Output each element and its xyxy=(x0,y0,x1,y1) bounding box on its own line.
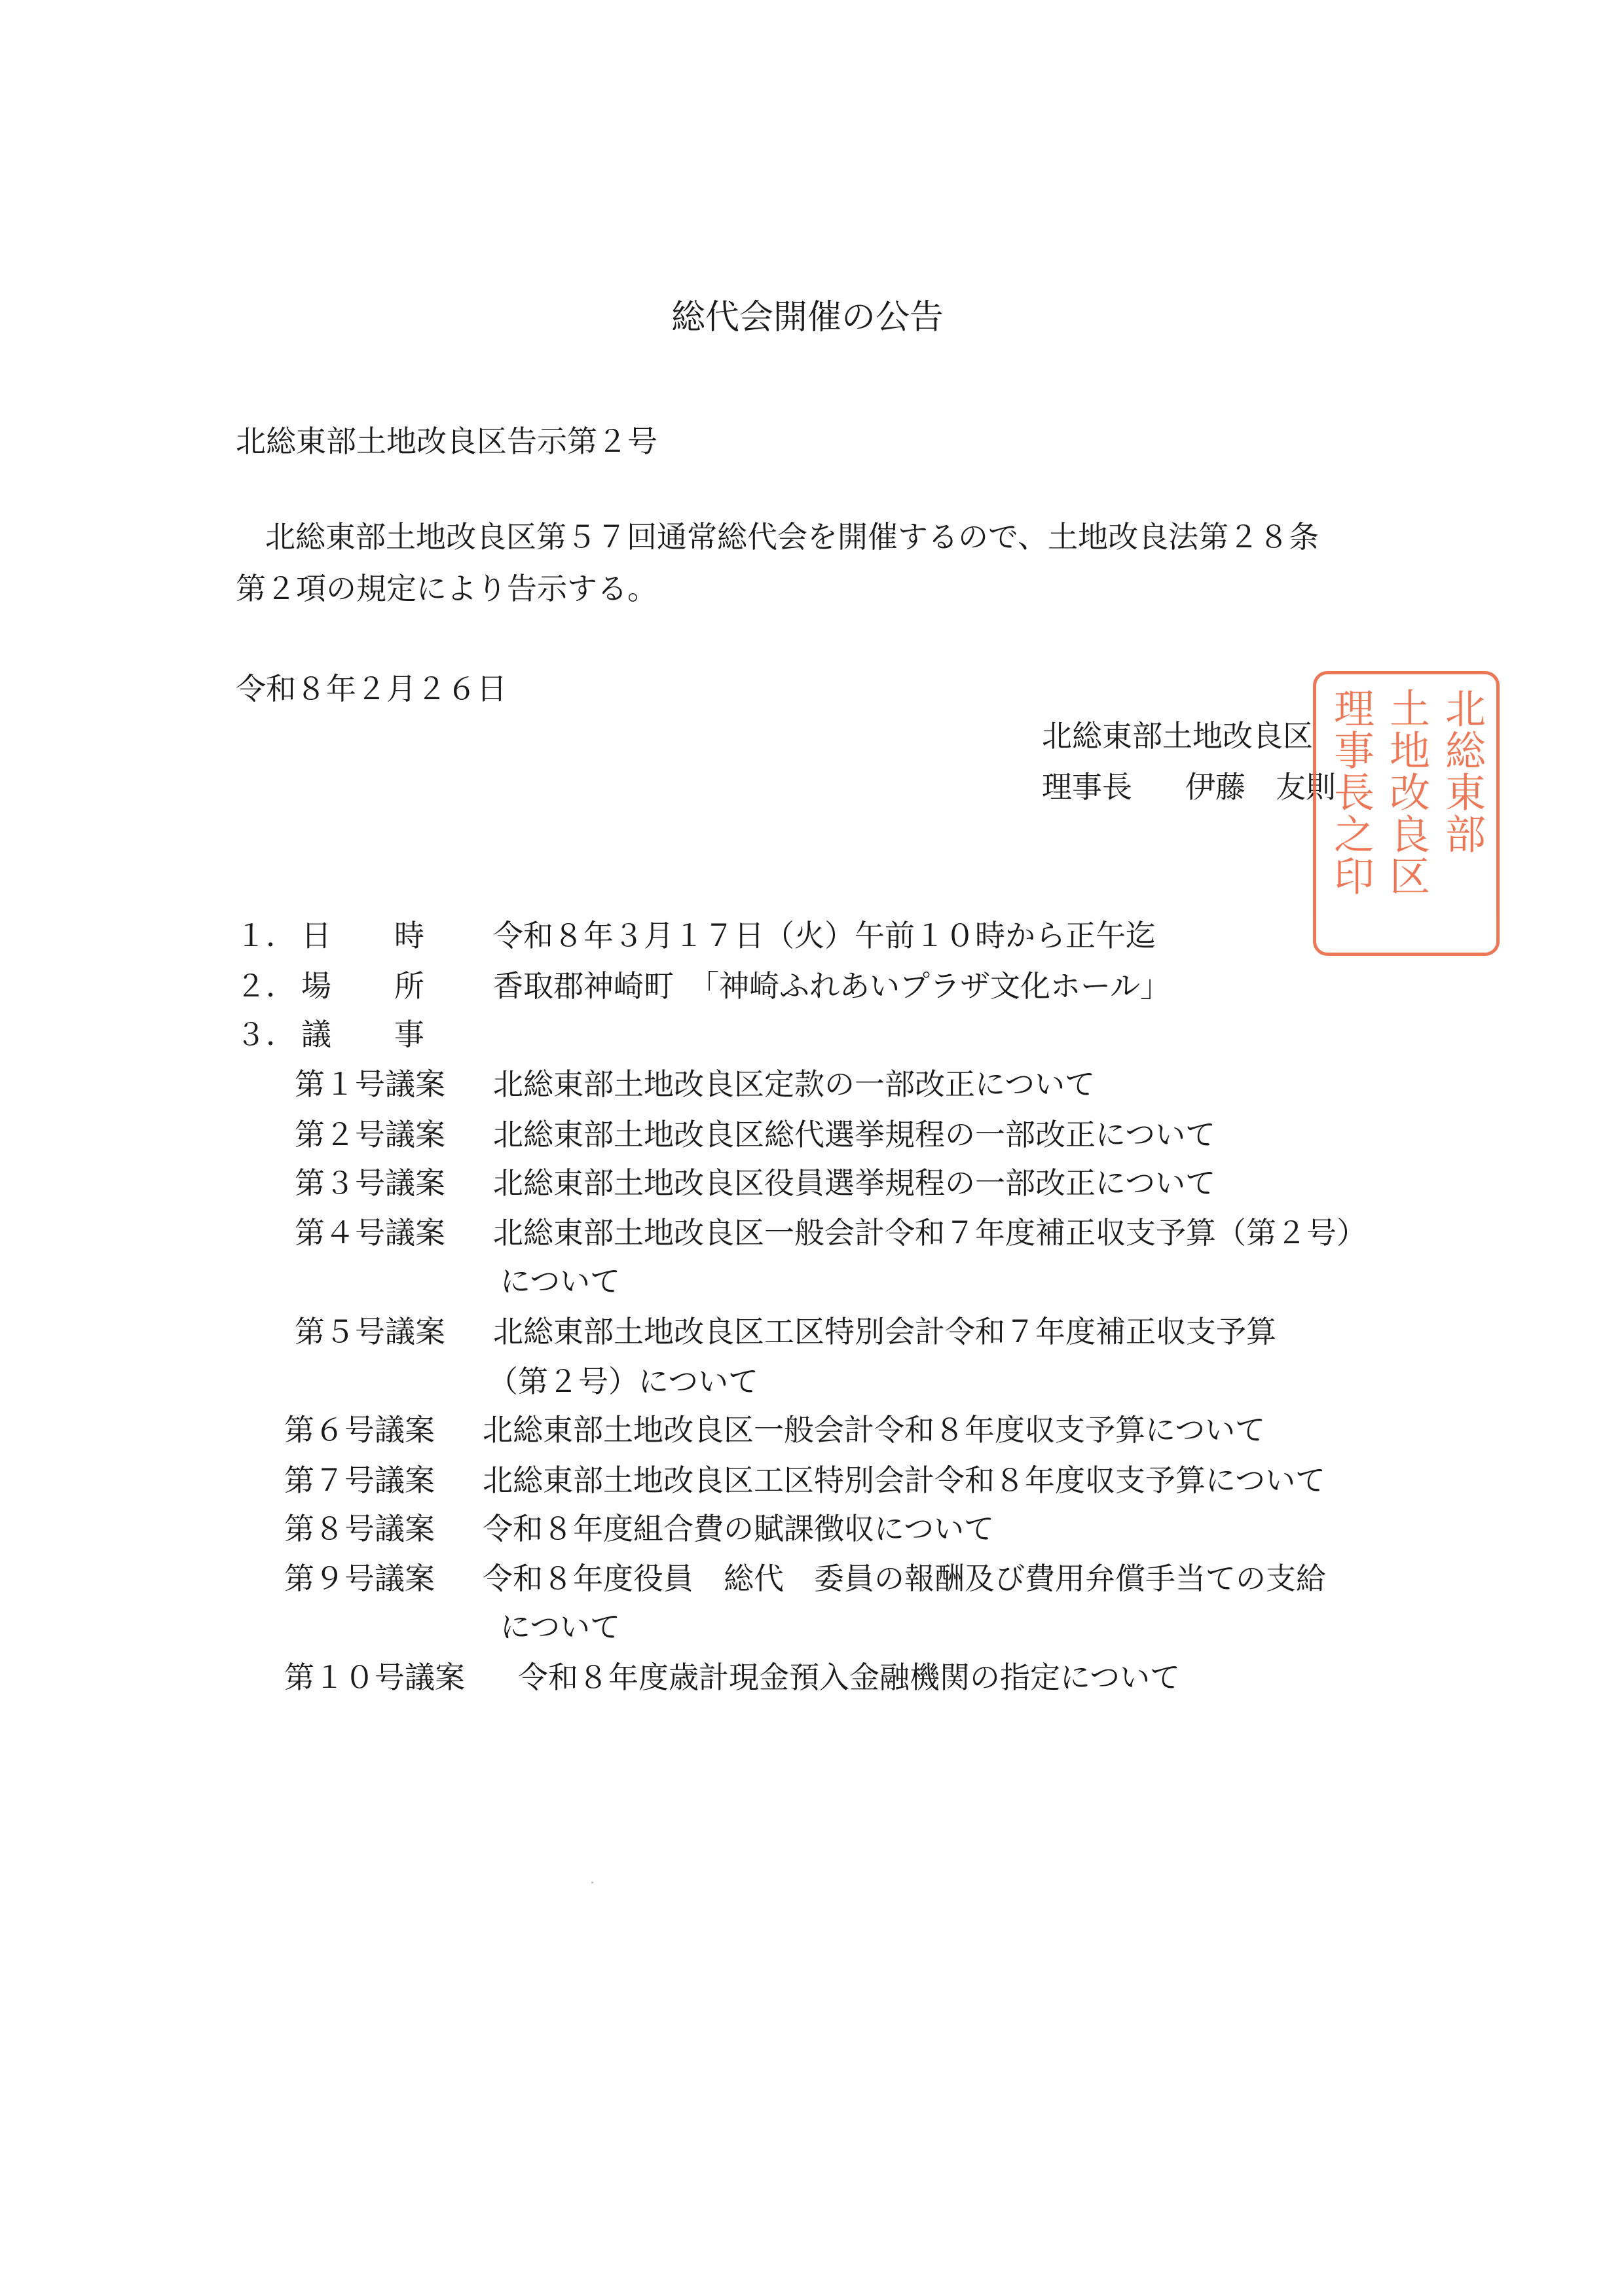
agenda-number: 第８号議案 xyxy=(284,1509,435,1548)
agenda-text: 北総東部土地改良区一般会計令和７年度補正収支予算（第２号） xyxy=(493,1213,1367,1252)
agenda-text: 令和８年度歳計現金預入金融機関の指定について xyxy=(518,1658,1180,1697)
agenda-continuation: について xyxy=(500,1262,620,1301)
item-label: 場 xyxy=(301,966,331,1006)
item-number: １． xyxy=(236,916,296,955)
agenda-text: 令和８年度役員 総代 委員の報酬及び費用弁償手当ての支給 xyxy=(483,1559,1326,1598)
agenda-number: 第６号議案 xyxy=(284,1410,435,1449)
agenda-text: 北総東部土地改良区工区特別会計令和７年度補正収支予算 xyxy=(493,1312,1276,1351)
agenda-number: 第７号議案 xyxy=(284,1461,435,1500)
agenda-number: 第５号議案 xyxy=(295,1312,445,1351)
body-line-2: 第２項の規定により告示する。 xyxy=(236,569,657,608)
agenda-text: 北総東部土地改良区役員選挙規程の一部改正について xyxy=(493,1163,1215,1203)
item-label: 時 xyxy=(394,916,424,955)
seal-text-column: 北総東部 xyxy=(1436,687,1488,939)
agenda-continuation: について xyxy=(500,1607,620,1647)
agenda-number: 第９号議案 xyxy=(284,1559,435,1598)
agenda-text: 令和８年度組合費の賦課徴収について xyxy=(483,1509,994,1548)
agenda-text: 北総東部土地改良区総代選挙規程の一部改正について xyxy=(493,1115,1215,1154)
item-label: 所 xyxy=(394,966,424,1006)
issuer-organization: 北総東部土地改良区 xyxy=(1042,716,1313,756)
item-label: 議 xyxy=(301,1015,331,1054)
notice-number: 北総東部土地改良区告示第２号 xyxy=(236,422,657,461)
issuer-title: 理事長 xyxy=(1042,767,1132,807)
document-title: 総代会開催の公告 xyxy=(671,298,944,337)
scan-speck xyxy=(591,1882,593,1884)
seal-text-column: 土地改良区 xyxy=(1380,687,1433,939)
agenda-text: 北総東部土地改良区工区特別会計令和８年度収支予算について xyxy=(483,1461,1325,1500)
meeting-datetime: 令和８年３月１７日（火）午前１０時から正午迄 xyxy=(493,916,1156,955)
meeting-location: 香取郡神崎町 「神崎ふれあいプラザ文化ホール」 xyxy=(493,966,1170,1006)
item-number: ２． xyxy=(236,966,296,1006)
official-seal-stamp: 北総東部 土地改良区 理事長之印 xyxy=(1313,671,1500,956)
item-label: 事 xyxy=(394,1015,424,1054)
agenda-number: 第３号議案 xyxy=(295,1163,445,1203)
body-line-1: 北総東部土地改良区第５７回通常総代会を開催するので、土地改良法第２８条 xyxy=(265,517,1319,556)
agenda-number: 第２号議案 xyxy=(295,1115,445,1154)
agenda-number: 第４号議案 xyxy=(295,1213,445,1252)
seal-text-column: 理事長之印 xyxy=(1325,687,1377,939)
agenda-text: 北総東部土地改良区定款の一部改正について xyxy=(493,1065,1095,1104)
agenda-number: 第１０号議案 xyxy=(284,1658,465,1697)
notice-date: 令和８年２月２６日 xyxy=(236,669,507,708)
item-label: 日 xyxy=(301,916,331,955)
agenda-number: 第１号議案 xyxy=(295,1065,445,1104)
agenda-continuation: （第２号）について xyxy=(488,1362,758,1401)
item-number: ３． xyxy=(236,1015,296,1054)
agenda-text: 北総東部土地改良区一般会計令和８年度収支予算について xyxy=(483,1410,1265,1449)
